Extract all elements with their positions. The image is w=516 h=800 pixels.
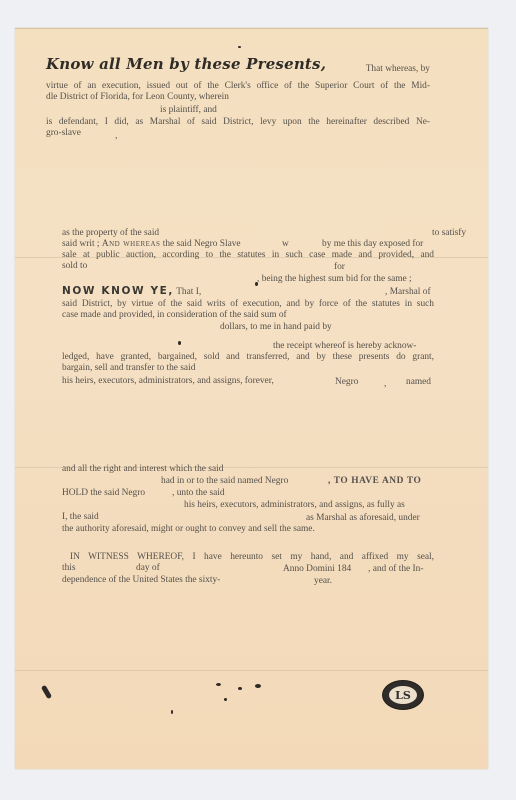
text: dollars, to me in hand paid by [220, 322, 332, 332]
text: sold to [62, 261, 87, 271]
text: HOLD the said Negro [62, 488, 145, 498]
text-line: and all the right and interest which the… [62, 464, 223, 474]
ink-mark [255, 684, 261, 688]
text-line: gro-slave [46, 128, 430, 139]
text: the said Negro Slave [163, 239, 241, 249]
text-line: said District, by virtue of the said wri… [62, 299, 434, 310]
text: named [406, 377, 431, 387]
text: Anno Domini 184 [283, 564, 351, 574]
text-line: ledged, have granted, bargained, sold an… [62, 352, 434, 363]
text: dependence of the United States the sixt… [62, 575, 220, 585]
text-line: is plaintiff, and [160, 105, 217, 115]
text-line: said writ ; And whereas the said Negro S… [62, 239, 241, 249]
ink-mark [255, 282, 258, 286]
ink-mark [238, 687, 242, 690]
ink-mark [238, 46, 241, 48]
ink-mark [178, 341, 181, 345]
text-line: NOW KNOW YE, That I, [62, 285, 201, 297]
text: had in or to the said named Negro [161, 476, 288, 486]
text: as Marshal as aforesaid, under [306, 513, 420, 523]
text-line: virtue of an execution, issued out of th… [46, 81, 430, 92]
text: , unto the said [172, 488, 225, 498]
text-line: bargain, sell and transfer to the said [62, 363, 195, 373]
text: That whereas, by [366, 64, 430, 75]
text: I, the said [62, 512, 99, 522]
text: , Marshal of [385, 287, 431, 297]
text: , [115, 131, 117, 141]
text-line: case made and provided, in consideration… [62, 310, 287, 320]
text-line: the authority aforesaid, might or ought … [62, 524, 315, 534]
title-line: Know all Men by these Presents, That whe… [46, 59, 430, 77]
text: by me this day exposed for [322, 239, 423, 249]
text-line: IN WITNESS WHEREOF, I have hereunto set … [70, 552, 434, 563]
text: to satisfy [432, 228, 466, 238]
text: And whereas [102, 239, 161, 249]
now-know-ye-heading: NOW KNOW YE, [62, 285, 174, 297]
ink-mark [216, 683, 221, 686]
text: the receipt whereof is hereby acknow- [273, 341, 416, 351]
seal-label: LS [389, 686, 417, 704]
text: for [334, 262, 345, 272]
text: his heirs, executors, administrators, an… [184, 500, 405, 510]
text: , being the highest sum bid for the same… [257, 274, 412, 284]
ls-seal-icon: LS [382, 680, 424, 710]
document-page [15, 28, 488, 769]
text-line: sale at public auction, according to the… [62, 250, 434, 261]
text: Negro [335, 377, 358, 387]
text-line: dle District of Florida, for Leon County… [46, 92, 430, 103]
text: this [62, 563, 76, 573]
text: , [384, 379, 386, 389]
text: , and of the In- [368, 564, 423, 574]
text: That I, [176, 287, 201, 297]
ink-mark [224, 698, 227, 701]
document-title: Know all Men by these Presents, [46, 55, 326, 73]
text: as the property of the said [62, 228, 159, 238]
ink-mark [171, 710, 173, 714]
text: said writ ; [62, 239, 100, 249]
text-line: his heirs, executors, administrators, an… [62, 376, 274, 386]
text: day of [136, 563, 160, 573]
text-line: is defendant, I did, as Marshal of said … [46, 117, 430, 128]
text: , TO HAVE AND TO [328, 476, 421, 486]
fold-line [15, 670, 488, 671]
text: w [282, 239, 289, 249]
text: year. [314, 576, 332, 586]
